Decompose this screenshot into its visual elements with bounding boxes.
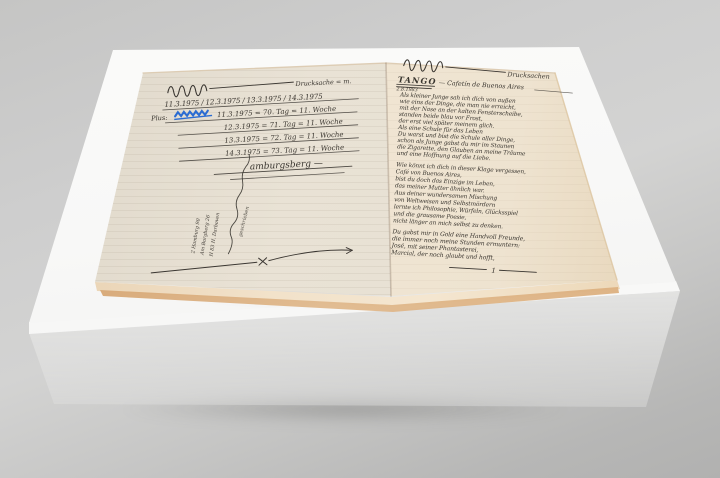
- gallery-photo: Drucksache = m. 11.3.1975 / 12.3.1975 / …: [0, 0, 720, 478]
